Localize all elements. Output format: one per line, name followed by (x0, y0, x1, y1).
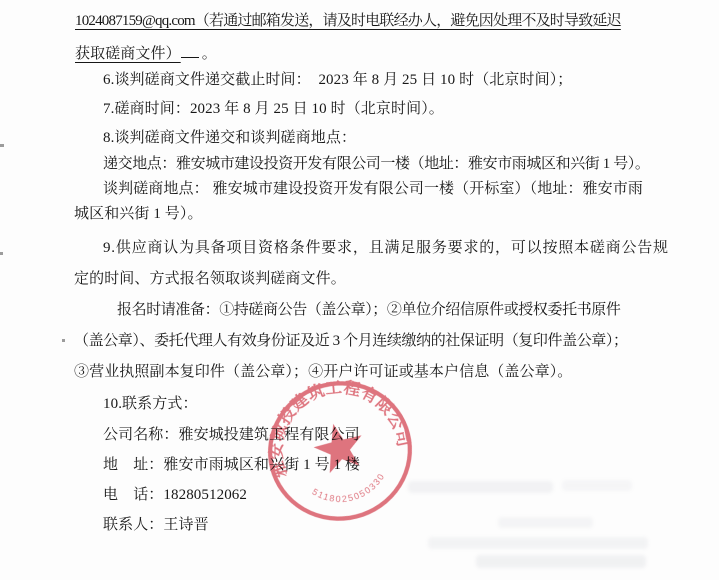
bleed-through-smudge (428, 537, 648, 549)
location-heading-item-8: 8.谈判磋商文件递交和谈判磋商地点： (103, 130, 356, 147)
underline-tail (181, 43, 199, 58)
contact-person-line: 联系人：王诗晋 (103, 517, 209, 534)
negotiation-time-item-7: 7.磋商时间：2023 年 8 月 25 日 10 时（北京时间）。 (103, 101, 444, 118)
scan-artifact (62, 339, 65, 342)
email-note-line-2: 获取磋商文件）。 (75, 43, 217, 63)
negotiation-location-line-2: 城区和兴街 1 号）。 (74, 206, 203, 223)
bleed-through-smudge (476, 555, 646, 568)
email-note-line-2-text: 获取磋商文件） (75, 46, 181, 62)
bleed-through-smudge (498, 517, 593, 528)
email-note-line-2-period: 。 (202, 46, 217, 62)
signup-requirements-line-2: （盖公章）、委托代理人有效身份证及近 3 个月连续缴纳的社保证明（复印件盖公章）… (74, 333, 628, 350)
scan-artifact (0, 144, 4, 147)
signup-requirements-line-1: 报名时请准备：①持磋商公告（盖公章）；②单位介绍信原件或授权委托书原件 (117, 302, 621, 319)
document-page: 1024087159@qq.com（若通过邮箱发送，请及时电联经办人，避免因处理… (0, 0, 719, 580)
negotiation-location-line-1: 谈判磋商地点： 雅安城市建设投资开发有限公司一楼（开标室）（地址：雅安市雨 (103, 181, 643, 198)
eligibility-item-9-line-1: 9.供应商认为具备项目资格条件要求，且满足服务要求的，可以按照本磋商公告规 (103, 240, 669, 257)
scan-artifact (0, 252, 3, 255)
phone-line: 电 话：18280512062 (103, 487, 247, 504)
eligibility-item-9-line-2: 定的时间、方式报名领取谈判磋商文件。 (74, 271, 346, 288)
submission-location-line: 递交地点：雅安城市建设投资开发有限公司一楼（地址：雅安市雨城区和兴街 1 号）。 (103, 156, 650, 173)
seal-star-icon (309, 418, 368, 476)
contact-heading-item-10: 10.联系方式： (103, 396, 198, 413)
deadline-item-6: 6.谈判磋商文件递交截止时间： 2023 年 8 月 25 日 10 时（北京时… (103, 72, 572, 89)
email-note-line-1: 1024087159@qq.com（若通过邮箱发送，请及时电联经办人，避免因处理… (75, 13, 621, 30)
bleed-through-smudge (562, 480, 632, 491)
